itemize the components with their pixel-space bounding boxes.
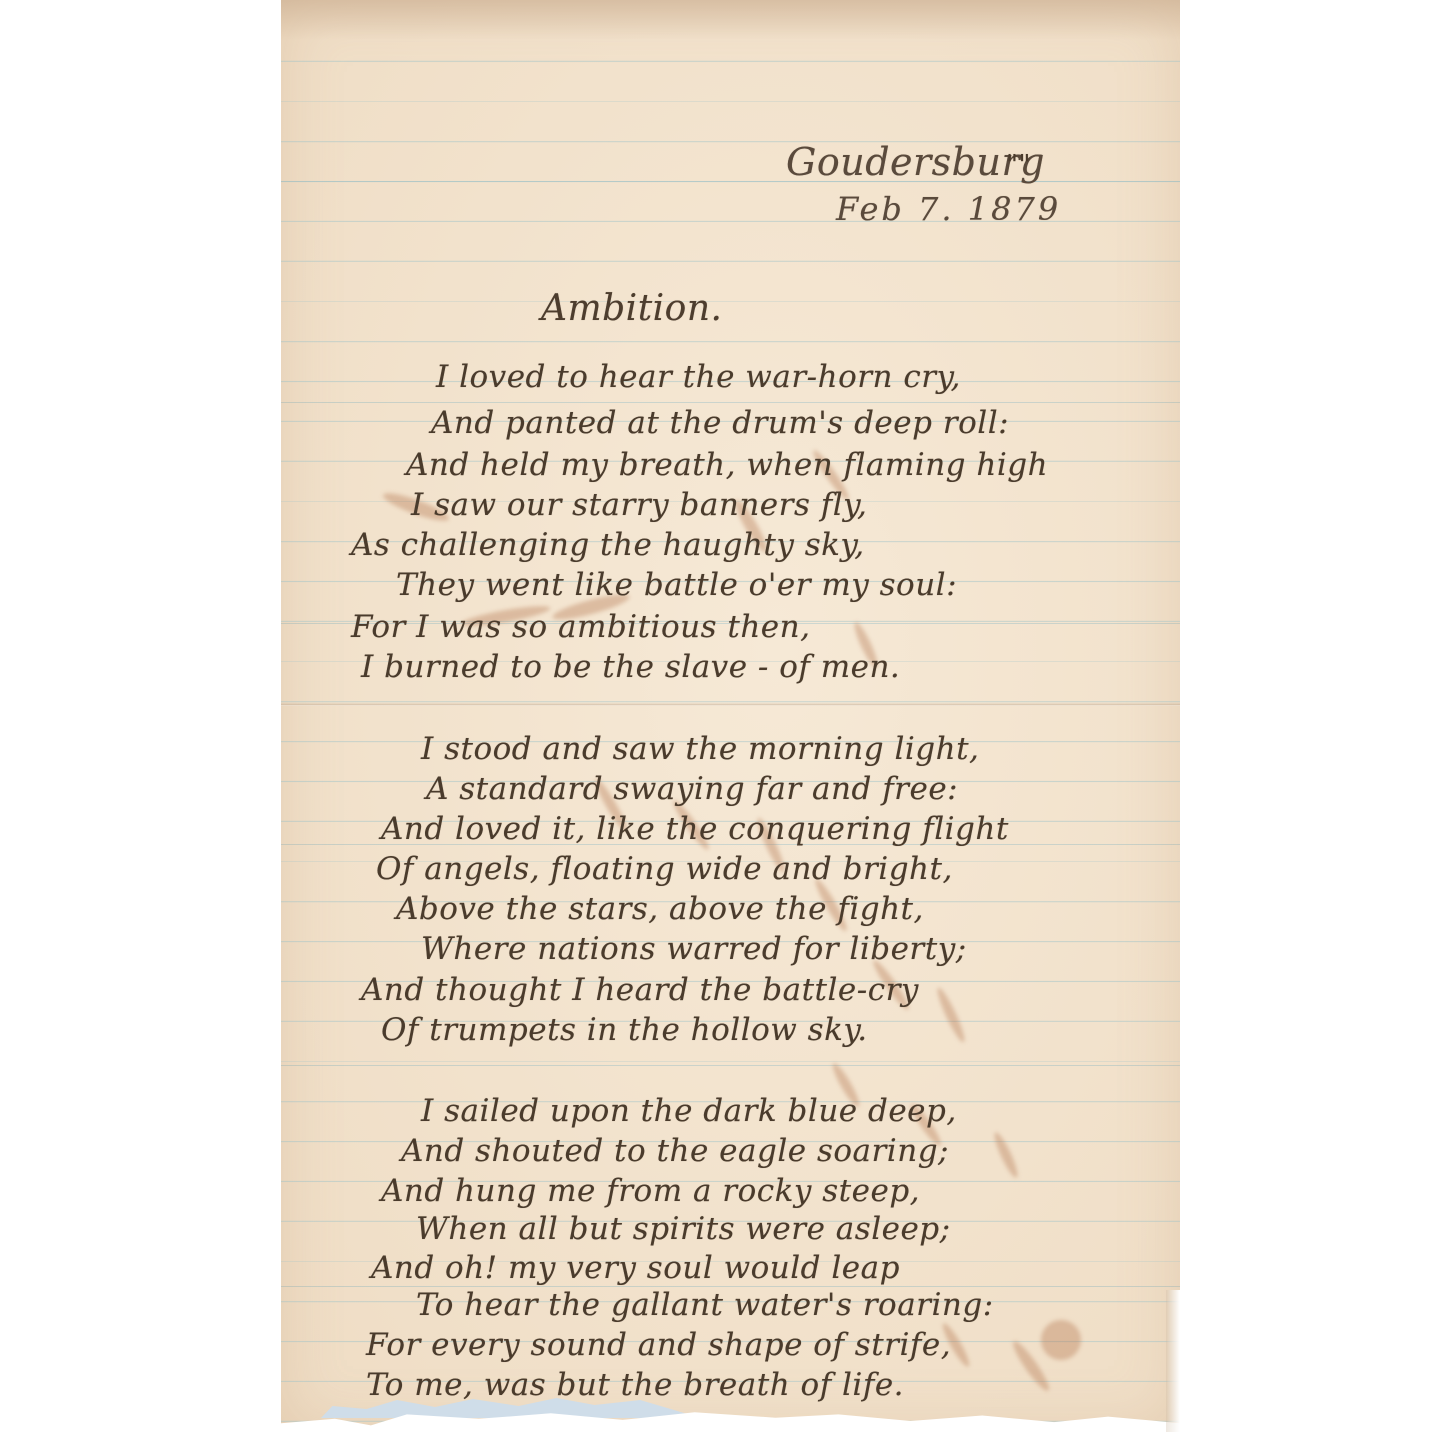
poem-line: And hung me from a rocky steep,: [381, 1176, 920, 1207]
fold-crease: [281, 703, 1180, 706]
poem-line: And thought I heard the battle-cry: [361, 975, 919, 1006]
poem-title: Ambition.: [541, 288, 722, 329]
torn-right-edge: [1166, 1290, 1180, 1432]
manuscript-page: Goudersburg "" Feb 7. 1879 Ambition. I l…: [281, 0, 1180, 1432]
poem-line: Where nations warred for liberty;: [421, 934, 967, 965]
poem-line: I sailed upon the dark blue deep,: [421, 1096, 957, 1127]
poem-line: I burned to be the slave - of men.: [361, 652, 900, 683]
poem-line: Of angels, floating wide and bright,: [376, 854, 953, 885]
ditto-mark: "": [1006, 150, 1031, 180]
poem-line: I stood and saw the morning light,: [421, 734, 979, 765]
poem-line: As challenging the haughty sky,: [351, 530, 865, 561]
ink-stain: [1041, 1320, 1081, 1360]
poem-line: And held my breath, when flaming high: [406, 450, 1048, 481]
poem-line: For every sound and shape of strife,: [366, 1330, 951, 1361]
poem-line: When all but spirits were asleep;: [416, 1214, 951, 1245]
poem-line: I saw our starry banners fly,: [411, 490, 867, 521]
poem-line: A standard swaying far and free:: [426, 774, 958, 805]
poem-line: Above the stars, above the fight,: [396, 894, 924, 925]
poem-line: To me, was but the breath of life.: [366, 1370, 904, 1401]
poem-line: And oh! my very soul would leap: [371, 1253, 900, 1284]
poem-line: For I was so ambitious then,: [351, 612, 810, 643]
poem-line: Of trumpets in the hollow sky.: [381, 1015, 868, 1046]
poem-line: I loved to hear the war-horn cry,: [436, 362, 961, 393]
top-edge-wear: [281, 0, 1180, 40]
poem-line: And loved it, like the conquering flight: [381, 814, 1009, 845]
poem-line: They went like battle o'er my soul:: [396, 570, 957, 601]
poem-line: And shouted to the eagle soaring;: [401, 1136, 949, 1167]
poem-line: And panted at the drum's deep roll:: [431, 408, 1009, 439]
poem-line: To hear the gallant water's roaring:: [416, 1290, 994, 1321]
date-heading: Feb 7. 1879: [836, 190, 1061, 228]
